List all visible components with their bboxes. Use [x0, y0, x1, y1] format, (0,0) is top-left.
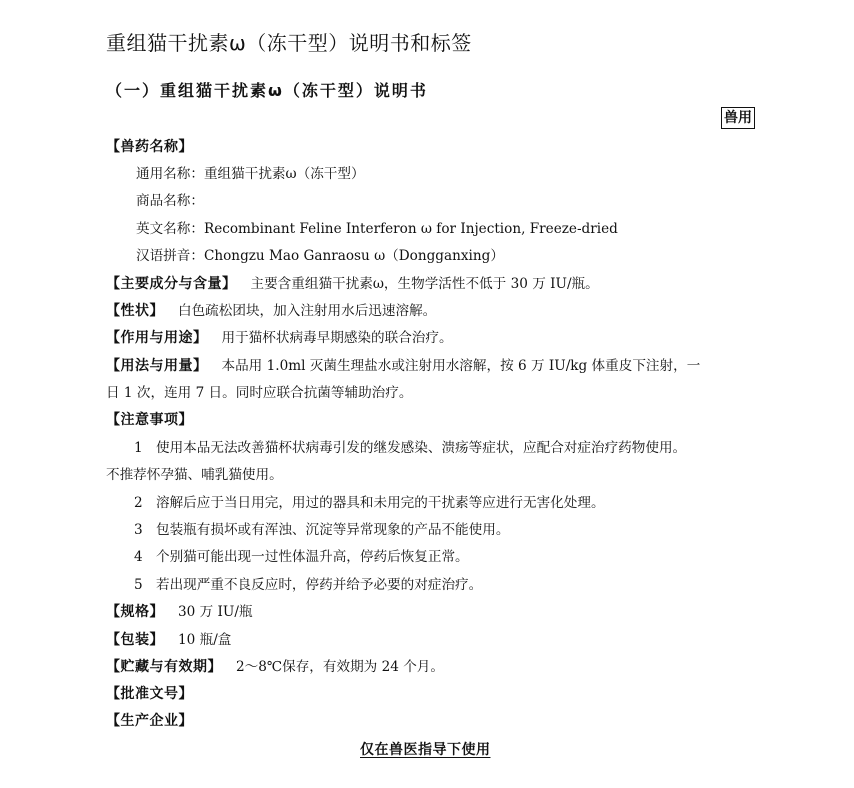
storage-text: 2～8℃保存，有效期为 24 个月。: [236, 659, 444, 675]
dosage-continuation-line: 日 1 次，连用 7 日。同时应联合抗菌等辅助治疗。: [106, 379, 756, 407]
precaution-number: 4: [134, 543, 156, 571]
precaution-number: 2: [134, 489, 156, 517]
precaution-number: 3: [134, 516, 156, 544]
specification-text: 30 万 IU/瓶: [178, 604, 253, 620]
indications-line: 【作用与用途】用于猫杯状病毒早期感染的联合治疗。: [106, 324, 756, 352]
generic-name-line: 通用名称：重组猫干扰素ω（冻干型）: [136, 160, 786, 188]
precaution-text: 使用本品无法改善猫杯状病毒引发的继发感染、溃疡等症状，应配合对症治疗药物使用。: [156, 440, 686, 456]
precautions-label: 【注意事项】: [106, 412, 193, 428]
precaution-text: 个别猫可能出现一过性体温升高，停药后恢复正常。: [156, 549, 469, 565]
pinyin-name: 汉语拼音：Chongzu Mao Ganraosu ω（Dongganxing）: [136, 248, 504, 264]
english-name: 英文名称：Recombinant Feline Interferon ω for…: [136, 221, 618, 237]
precaution-item: 1使用本品无法改善猫杯状病毒引发的继发感染、溃疡等症状，应配合对症治疗药物使用。: [134, 434, 784, 462]
ingredients-line: 【主要成分与含量】主要含重组猫干扰素ω，生物学活性不低于 30 万 IU/瓶。: [106, 270, 756, 298]
dosage-text-line2: 日 1 次，连用 7 日。同时应联合抗菌等辅助治疗。: [106, 385, 412, 401]
packaging-label: 【包装】: [106, 632, 164, 648]
precaution-item-continuation: 不推荐怀孕猫、哺乳猫使用。: [106, 461, 756, 489]
packaging-text: 10 瓶/盒: [178, 632, 231, 648]
english-name-line: 英文名称：Recombinant Feline Interferon ω for…: [136, 215, 786, 243]
precaution-text: 若出现严重不良反应时，停药并给予必要的对症治疗。: [156, 577, 482, 593]
section-title: （一）重组猫干扰素ω（冻干型）说明书: [106, 78, 428, 104]
generic-name: 通用名称：重组猫干扰素ω（冻干型）: [136, 166, 365, 182]
dosage-label: 【用法与用量】: [106, 358, 208, 374]
drug-name-heading: 【兽药名称】: [106, 133, 756, 161]
indications-text: 用于猫杯状病毒早期感染的联合治疗。: [222, 330, 453, 346]
precaution-text: 溶解后应于当日用完，用过的器具和未用完的干扰素等应进行无害化处理。: [156, 495, 605, 511]
veterinary-guidance-note: 仅在兽医指导下使用: [360, 737, 491, 763]
trade-name: 商品名称：: [136, 193, 204, 209]
specification-label: 【规格】: [106, 604, 164, 620]
document-title: 重组猫干扰素ω（冻干型）说明书和标签: [106, 28, 472, 58]
precaution-item: 5若出现严重不良反应时，停药并给予必要的对症治疗。: [134, 571, 784, 599]
trade-name-line: 商品名称：: [136, 187, 786, 215]
precaution-text: 包装瓶有损坏或有浑浊、沉淀等异常现象的产品不能使用。: [156, 522, 509, 538]
precaution-item: 2溶解后应于当日用完，用过的器具和未用完的干扰素等应进行无害化处理。: [134, 489, 784, 517]
precaution-item: 3包装瓶有损坏或有浑浊、沉淀等异常现象的产品不能使用。: [134, 516, 784, 544]
dosage-text-line1: 本品用 1.0ml 灭菌生理盐水或注射用水溶解，按 6 万 IU/kg 体重皮下…: [222, 358, 701, 374]
pinyin-name-line: 汉语拼音：Chongzu Mao Ganraosu ω（Dongganxing）: [136, 242, 786, 270]
appearance-line: 【性状】白色疏松团块，加入注射用水后迅速溶解。: [106, 297, 756, 325]
document-page: 重组猫干扰素ω（冻干型）说明书和标签 （一）重组猫干扰素ω（冻干型）说明书 兽用…: [0, 0, 854, 788]
approval-number-label: 【批准文号】: [106, 686, 193, 702]
precaution-number: 5: [134, 571, 156, 599]
approval-number-line: 【批准文号】: [106, 680, 756, 708]
manufacturer-label: 【生产企业】: [106, 713, 193, 729]
appearance-text: 白色疏松团块，加入注射用水后迅速溶解。: [178, 303, 436, 319]
storage-label: 【贮藏与有效期】: [106, 659, 222, 675]
indications-label: 【作用与用途】: [106, 330, 208, 346]
precaution-item: 4个别猫可能出现一过性体温升高，停药后恢复正常。: [134, 543, 784, 571]
precaution-number: 1: [134, 434, 156, 462]
ingredients-label: 【主要成分与含量】: [106, 276, 237, 292]
appearance-label: 【性状】: [106, 303, 164, 319]
ingredients-text: 主要含重组猫干扰素ω，生物学活性不低于 30 万 IU/瓶。: [251, 276, 599, 292]
manufacturer-line: 【生产企业】: [106, 707, 756, 735]
packaging-line: 【包装】10 瓶/盒: [106, 626, 756, 654]
veterinary-use-badge: 兽用: [721, 107, 755, 129]
precautions-heading: 【注意事项】: [106, 406, 756, 434]
dosage-line: 【用法与用量】本品用 1.0ml 灭菌生理盐水或注射用水溶解，按 6 万 IU/…: [106, 352, 756, 380]
precaution-text-continuation: 不推荐怀孕猫、哺乳猫使用。: [106, 467, 283, 483]
specification-line: 【规格】30 万 IU/瓶: [106, 598, 756, 626]
storage-line: 【贮藏与有效期】2～8℃保存，有效期为 24 个月。: [106, 653, 756, 681]
drug-name-label: 【兽药名称】: [106, 139, 193, 155]
